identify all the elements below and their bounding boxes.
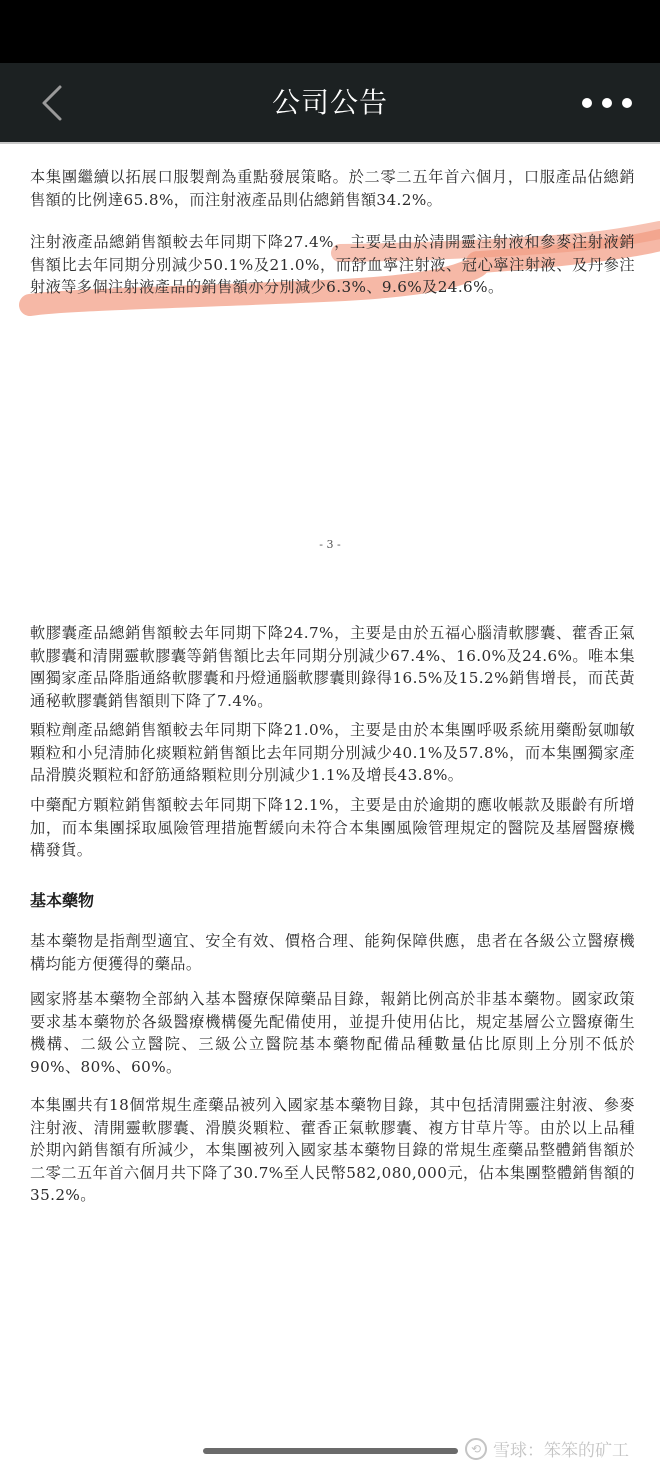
page-number: - 3 - <box>0 538 660 551</box>
paragraph-essential-drugs-group: 本集團共有18個常規生產藥品被列入國家基本藥物目錄，其中包括清開靈注射液、參麥注… <box>30 1094 635 1207</box>
watermark-text: 雪球：笨笨的矿工 <box>493 1436 629 1461</box>
paragraph-essential-drugs-definition: 基本藥物是指劑型適宜、安全有效、價格合理、能夠保障供應，患者在各級公立醫療機構均… <box>30 930 635 975</box>
more-options-button[interactable] <box>582 89 632 117</box>
more-horizontal-icon <box>622 98 632 108</box>
home-indicator[interactable] <box>203 1448 458 1454</box>
watermark: ⟲ 雪球：笨笨的矿工 <box>465 1436 629 1461</box>
more-horizontal-icon <box>602 98 612 108</box>
paragraph-injection-sales: 注射液產品總銷售額較去年同期下降27.4%，主要是由於清開靈注射液和參麥注射液銷… <box>30 231 635 299</box>
xueqiu-logo-icon: ⟲ <box>465 1438 487 1460</box>
paragraph-formula-granule-sales: 中藥配方顆粒銷售額較去年同期下降12.1%，主要是由於逾期的應收帳款及賬齡有所增… <box>30 794 635 862</box>
more-horizontal-icon <box>582 98 592 108</box>
page-title: 公司公告 <box>0 63 660 143</box>
paragraph-soft-capsule-sales: 軟膠囊產品總銷售額較去年同期下降24.7%，主要是由於五福心腦清軟膠囊、藿香正氣… <box>30 622 635 712</box>
paragraph-granule-sales: 顆粒劑產品總銷售額較去年同期下降21.0%，主要是由於本集團呼吸系統用藥酚氨咖敏… <box>30 719 635 787</box>
section-heading: 基本藥物 <box>30 888 94 911</box>
paragraph-essential-drugs-policy: 國家將基本藥物全部納入基本醫療保障藥品目錄，報銷比例高於非基本藥物。國家政策要求… <box>30 988 635 1078</box>
navigation-bar: 公司公告 <box>0 63 660 144</box>
status-bar <box>0 0 660 63</box>
paragraph-oral-ratio: 本集團繼續以拓展口服製劑為重點發展策略。於二零二五年首六個月，口服產品佔總銷售額… <box>30 166 635 211</box>
